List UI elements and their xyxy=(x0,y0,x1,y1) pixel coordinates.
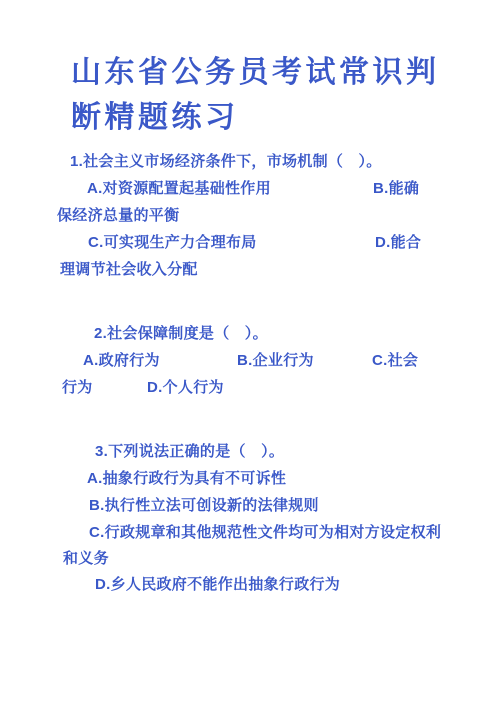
question-3-stem: 3.下列说法正确的是（ ）。 xyxy=(95,441,284,462)
question-3-option-b: B.执行性立法可创设新的法律规则 xyxy=(89,495,319,516)
question-2-options-row-2: 行为 D.个人行为 xyxy=(0,377,500,398)
question-3-option-a: A.抽象行政行为具有不可诉性 xyxy=(87,468,286,489)
question-1-option-a: A.对资源配置起基础性作用 xyxy=(87,178,271,199)
question-3-option-d: D.乡人民政府不能作出抽象行政行为 xyxy=(95,574,340,595)
question-2-option-c-wrap: 行为 xyxy=(62,377,93,398)
question-1-option-b-wrap: 保经济总量的平衡 xyxy=(57,205,179,226)
title-line-2: 断精题练习 xyxy=(71,95,440,140)
question-2-option-c: C.社会 xyxy=(372,350,418,371)
title-line-1: 山东省公务员考试常识判 xyxy=(71,50,440,95)
question-2-option-b: B.企业行为 xyxy=(237,350,314,371)
question-1-option-d-wrap: 理调节社会收入分配 xyxy=(60,259,198,280)
question-3-option-c-wrap: 和义务 xyxy=(63,548,109,569)
question-1-options-row-1: A.对资源配置起基础性作用 B.能确 xyxy=(0,178,500,199)
document-title: 山东省公务员考试常识判 断精题练习 xyxy=(71,50,440,140)
question-2-options-row-1: A.政府行为 B.企业行为 C.社会 xyxy=(0,350,500,371)
document-page: 山东省公务员考试常识判 断精题练习 1.社会主义市场经济条件下，市场机制（ ）。… xyxy=(0,0,500,707)
question-1-stem: 1.社会主义市场经济条件下，市场机制（ ）。 xyxy=(70,151,382,172)
question-1-option-d: D.能合 xyxy=(375,232,421,253)
question-1-option-c: C.可实现生产力合理布局 xyxy=(88,232,257,253)
question-1-options-row-2: C.可实现生产力合理布局 D.能合 xyxy=(0,232,500,253)
question-2-option-d: D.个人行为 xyxy=(147,377,224,398)
question-2-option-a: A.政府行为 xyxy=(83,350,160,371)
question-3-option-c: C.行政规章和其他规范性文件均可为相对方设定权利 xyxy=(89,522,441,543)
question-2-stem: 2.社会保障制度是（ ）。 xyxy=(94,323,268,344)
question-1-option-b: B.能确 xyxy=(373,178,419,199)
